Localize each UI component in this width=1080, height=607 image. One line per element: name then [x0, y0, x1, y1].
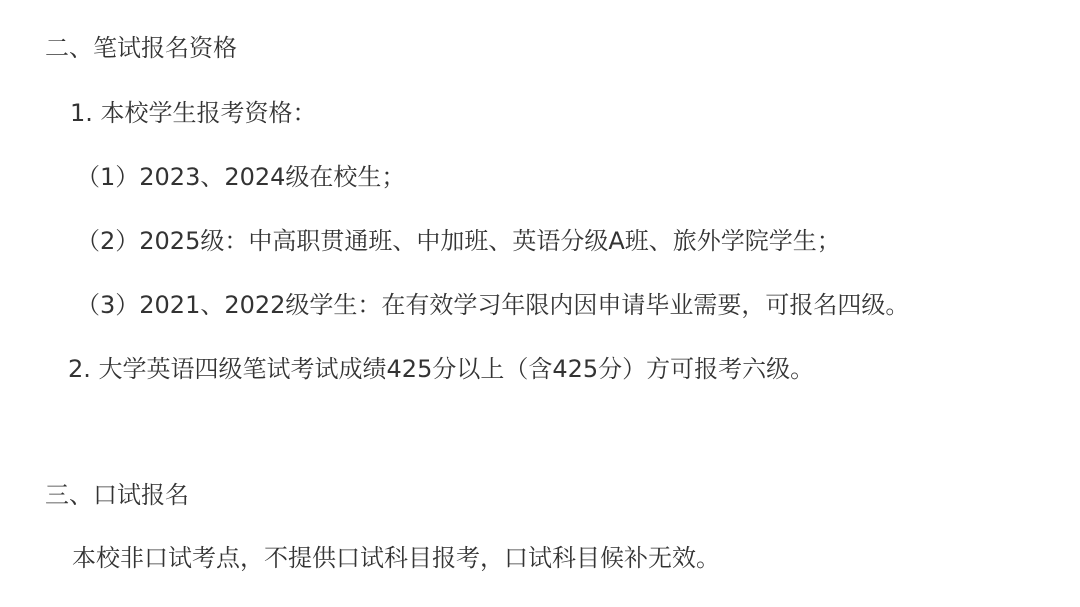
- section-heading-written-exam-eligibility: 二、笔试报名资格: [45, 32, 237, 64]
- list-item-cet6-requirement: 2. 大学英语四级笔试考试成绩425分以上（含425分）方可报考六级。: [68, 353, 814, 385]
- sub-item-2: （2）2025级：中高职贯通班、中加班、英语分级A班、旅外学院学生；: [76, 225, 841, 257]
- section-heading-oral-exam: 三、口试报名: [45, 479, 189, 511]
- sub-item-1: （1）2023、2024级在校生；: [76, 161, 405, 193]
- list-item-school-students-eligibility: 1. 本校学生报考资格：: [70, 97, 317, 129]
- sub-item-3: （3）2021、2022级学生：在有效学习年限内因申请毕业需要，可报名四级。: [76, 289, 909, 321]
- oral-exam-paragraph: 本校非口试考点，不提供口试科目报考，口试科目候补无效。: [72, 542, 720, 574]
